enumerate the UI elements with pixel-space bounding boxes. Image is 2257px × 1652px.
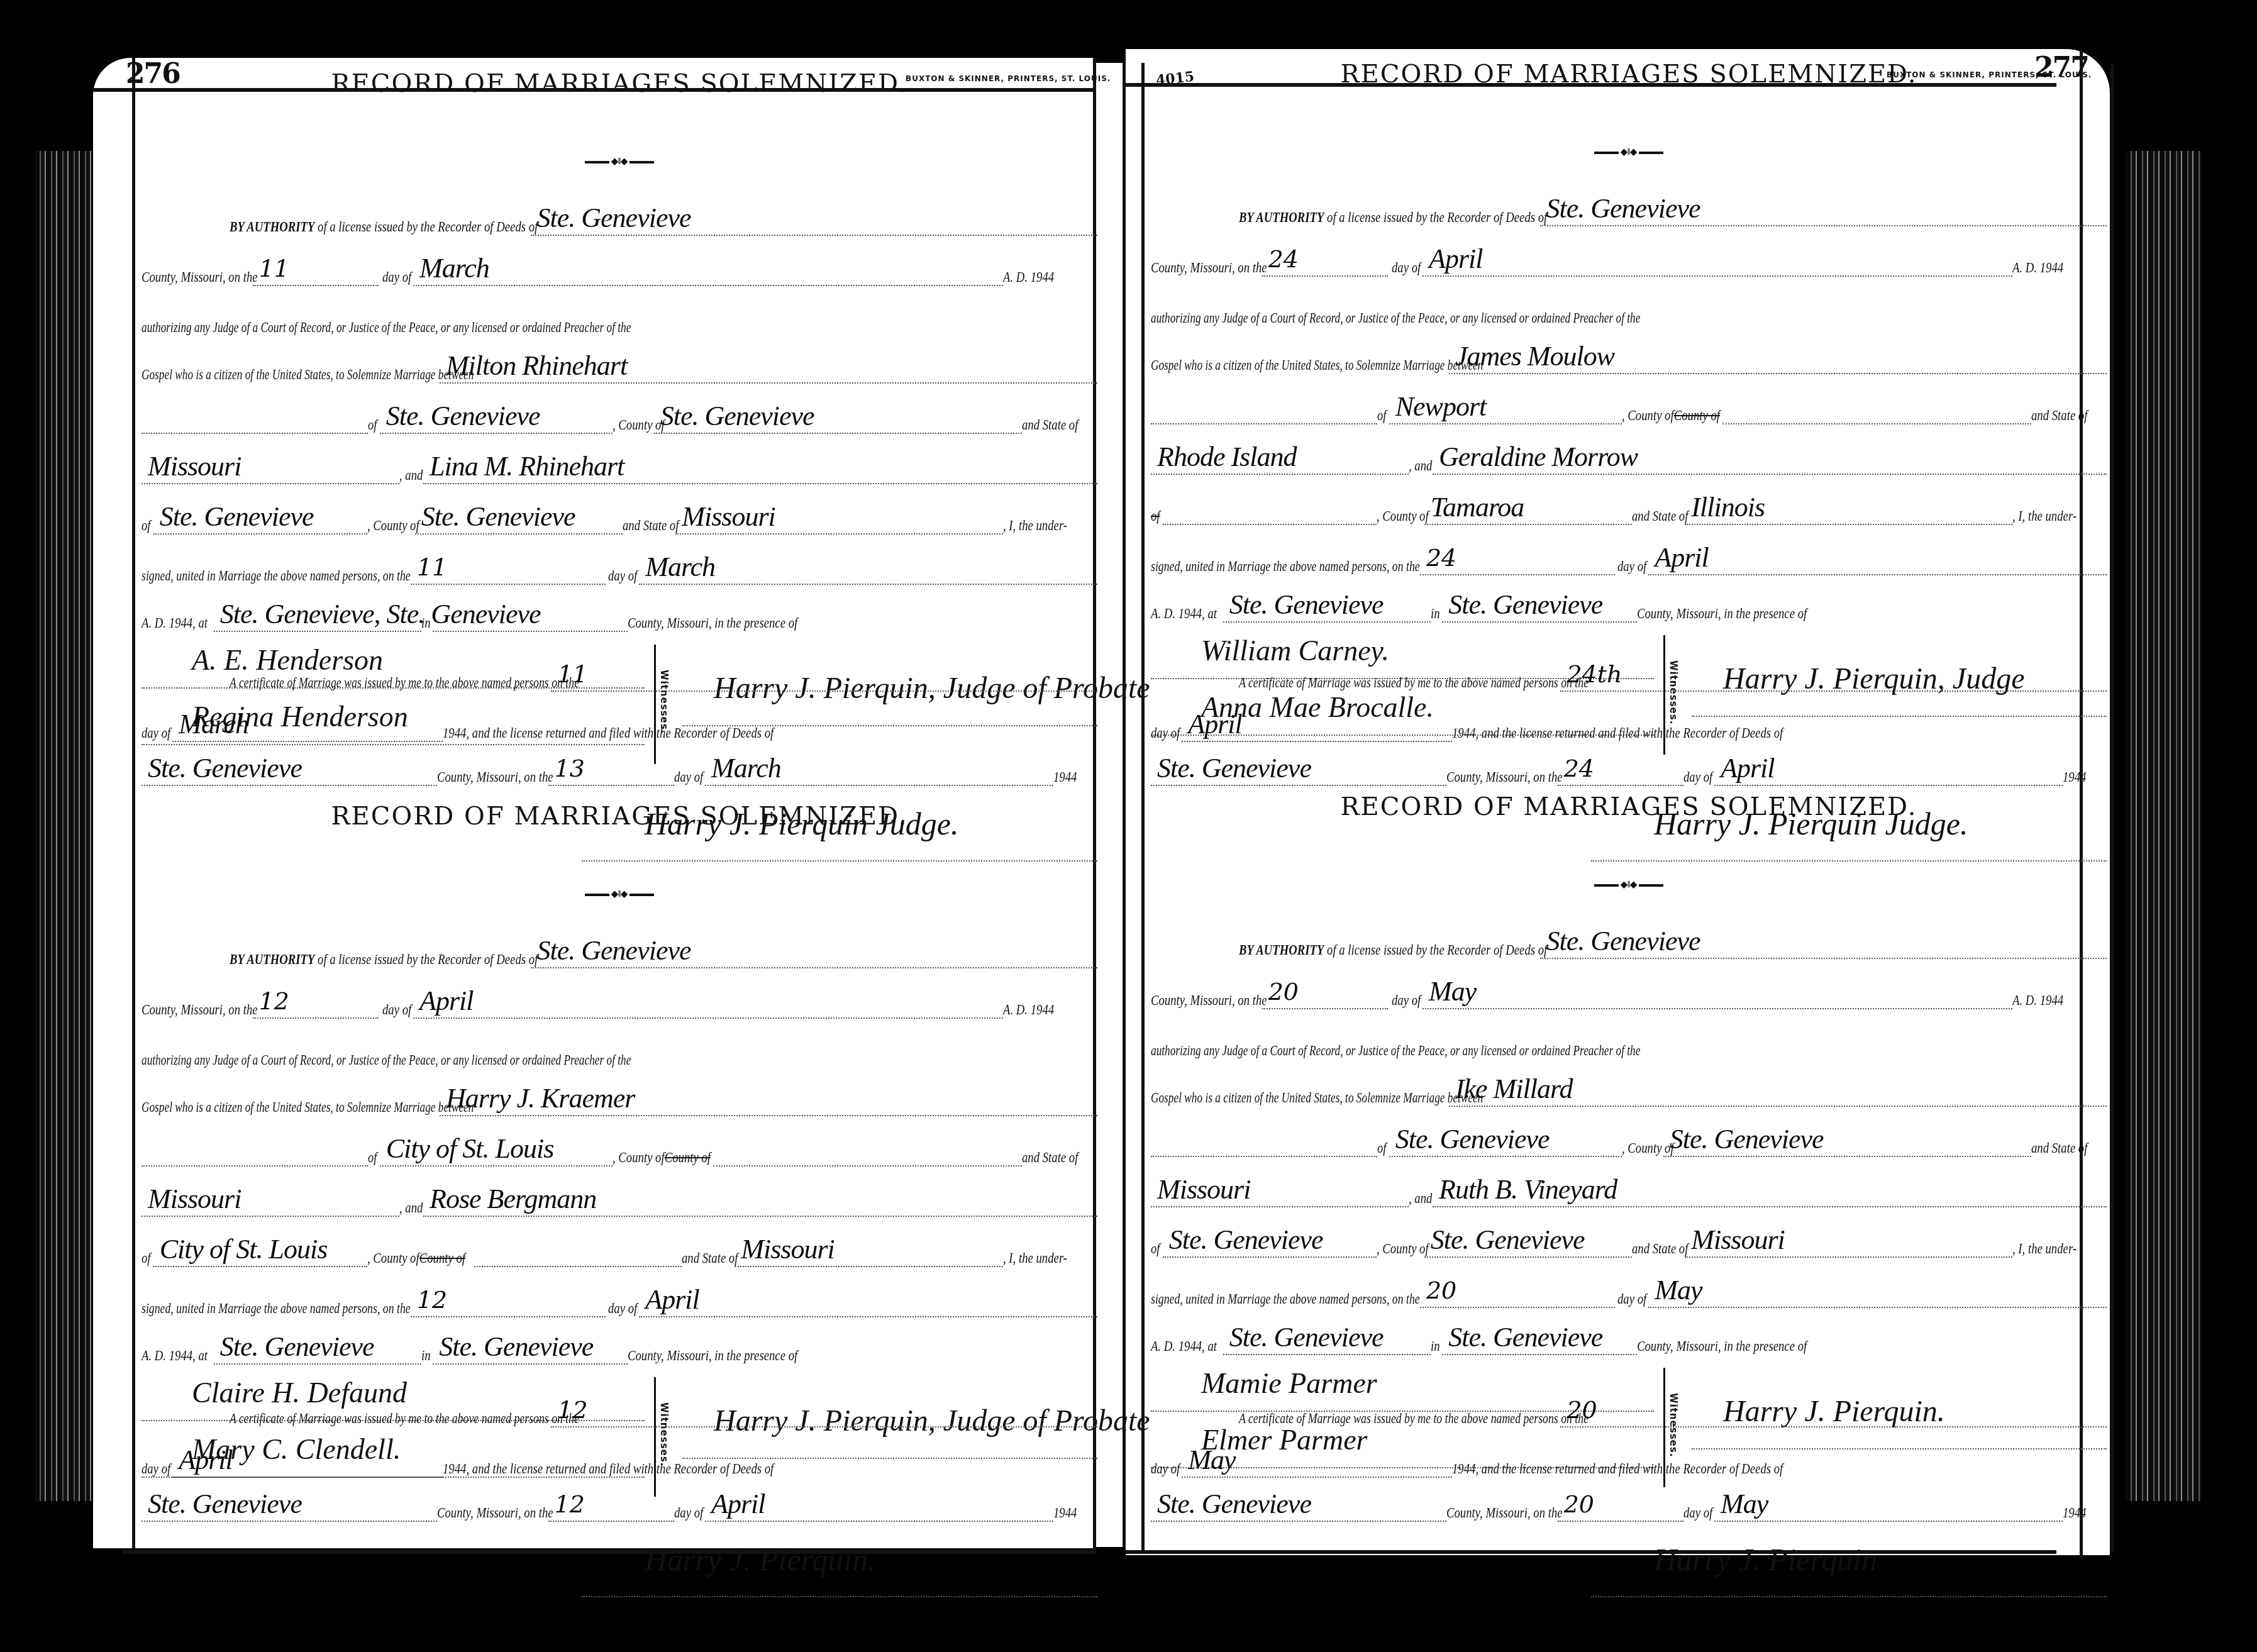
groom-county-field: Ste. Genevieve [654, 400, 1022, 434]
license-day-field: 12 [253, 985, 379, 1019]
married-place-line: A. D. 1944, at Ste. Genevieve, Ste. Gene… [141, 594, 1097, 632]
struck-county-of: County of [664, 1150, 710, 1166]
bride-line: Missouri , and Rose Bergmann [141, 1179, 1097, 1217]
license-date-line: County, Missouri, on the 24 day of April… [1151, 239, 2107, 277]
bride-name-field: Geraldine Morrow [1433, 441, 2107, 475]
cert-month-field: March [172, 708, 443, 742]
filed-month-field: May [1714, 1488, 2063, 1522]
married-at-field: Ste. Genevieve [1223, 589, 1431, 623]
married-day-field: 24 [1420, 541, 1615, 575]
authorizing-line: authorizing any Judge of a Court of Reco… [141, 1031, 1097, 1069]
married-place-line: A. D. 1944, at Ste. Genevieve in Ste. Ge… [141, 1327, 1097, 1365]
married-day-field: 11 [411, 551, 606, 585]
license-date-line: County, Missouri, on the 20 day of May A… [1151, 972, 2107, 1009]
license-year: 44 [2051, 260, 2063, 276]
record-title: RECORD OF MARRIAGES SOLEMNIZED. [1151, 60, 2107, 89]
license-day-field: 20 [1262, 975, 1388, 1009]
authority-line: BY AUTHORITY of a license issued by the … [1151, 189, 2107, 226]
groom-state-field: Missouri [141, 450, 399, 484]
married-in-field: Ste. Genevieve [1442, 1321, 1637, 1355]
married-day-field: 20 [1420, 1274, 1615, 1308]
certificate-line: A certificate of Marriage was issued by … [141, 1390, 1097, 1427]
bride-residence-line: of City of St. Louis , County ofCounty o… [141, 1229, 1097, 1267]
license-day-field: 11 [253, 252, 379, 286]
record-title: RECORD OF MARRIAGES SOLEMNIZED. [1151, 792, 2107, 821]
groom-state-field: Missouri [1151, 1173, 1409, 1207]
right-edge-line [2110, 63, 2114, 1553]
right-page-edges [2126, 151, 2201, 1501]
gospel-line: Gospel who is a citizen of the United St… [1151, 336, 2107, 374]
married-month-field: May [1648, 1274, 2107, 1308]
groom-of-field: Newport [1389, 391, 1622, 424]
bride-residence-line: of Ste. Genevieve , County of Ste. Genev… [1151, 1220, 2107, 1258]
license-day-field: 24 [1262, 243, 1388, 277]
struck-county-of: County of [1673, 407, 1719, 424]
gospel-line: Gospel who is a citizen of the United St… [141, 346, 1097, 384]
groom-residence-line: of Ste. Genevieve , County of Ste. Genev… [141, 396, 1097, 434]
married-month-field: March [639, 551, 1097, 585]
bride-state-field: Missouri [735, 1233, 1003, 1267]
authority-line: BY AUTHORITY of a license issued by the … [1151, 921, 2107, 959]
record-title: RECORD OF MARRIAGES SOLEMNIZED. [141, 69, 1097, 98]
groom-county-field [1722, 391, 2031, 424]
groom-county-field [713, 1133, 1022, 1167]
license-month-field: April [1422, 243, 2012, 277]
cert-month-field: April [172, 1444, 443, 1478]
groom-name-field: Harry J. Kraemer [440, 1082, 1097, 1116]
license-returned-line: day of March 1944, and the license retur… [141, 704, 1097, 742]
certificate-line: A certificate of Marriage was issued by … [1151, 1390, 2107, 1427]
authorizing-line: authorizing any Judge of a Court of Reco… [1151, 289, 2107, 327]
judge-signature: Harry J. Pierquin. [582, 1528, 1097, 1597]
cert-day-field: 12 [551, 1394, 1097, 1427]
ornament-divider: ◆‖◆ [585, 160, 654, 164]
license-returned-line: day of May 1944, and the license returne… [1151, 1440, 2107, 1478]
groom-name-field: Ike Millard [1449, 1073, 2107, 1107]
bride-residence-line: of Ste. Genevieve , County of Ste. Genev… [141, 497, 1097, 535]
bride-name-field: Lina M. Rhinehart [423, 450, 1097, 484]
married-at-field: Ste. Genevieve, Ste. Genevieve [214, 598, 421, 632]
groom-name-field: Milton Rhinehart [440, 350, 1097, 384]
authorizing-line: authorizing any Judge of a Court of Reco… [1151, 1022, 2107, 1060]
struck-county-of: County of [419, 1250, 465, 1267]
record-title: RECORD OF MARRIAGES SOLEMNIZED. [141, 802, 1097, 831]
certificate-line: A certificate of Marriage was issued by … [1151, 654, 2107, 692]
license-month-field: April [413, 985, 1003, 1019]
left-page-edges [35, 151, 91, 1501]
cert-month-field: May [1182, 1444, 1452, 1478]
groom-state-field: Rhode Island [1151, 441, 1409, 475]
bride-residence-line: of , County of Tamaroa and State of Illi… [1151, 487, 2107, 525]
cert-day-field: 24th [1560, 658, 2107, 692]
certificate-record-2: A certificate of Marriage was issued by … [141, 1390, 1097, 1641]
married-date-line: signed, united in Marriage the above nam… [141, 1280, 1097, 1317]
groom-residence-line: of Ste. Genevieve , County of Ste. Genev… [1151, 1119, 2107, 1157]
marriage-record-4: RECORD OF MARRIAGES SOLEMNIZED. ◆‖◆ BY A… [1151, 767, 2107, 1490]
right-gutter-line [1141, 63, 1145, 1553]
recorder-county-field: Ste. Genevieve [1540, 192, 2107, 226]
bride-county-field: Ste. Genevieve [1424, 1224, 1632, 1258]
license-month-field: May [1422, 975, 2012, 1009]
bride-line: Missouri , and Ruth B. Vineyard [1151, 1170, 2107, 1207]
license-year: 44 [2051, 992, 2063, 1009]
filed-county-field: Ste. Genevieve [1151, 1488, 1446, 1522]
bride-name-field: Ruth B. Vineyard [1433, 1173, 2107, 1207]
authority-line: BY AUTHORITY of a license issued by the … [141, 198, 1097, 236]
groom-residence-line: of Newport , County ofCounty of and Stat… [1151, 387, 2107, 424]
groom-of-field: Ste. Genevieve [380, 400, 613, 434]
married-year: 44 [180, 1348, 192, 1364]
bride-of-field [1163, 491, 1377, 525]
married-at-field: Ste. Genevieve [214, 1331, 421, 1365]
married-date-line: signed, united in Marriage the above nam… [141, 547, 1097, 585]
cert-year: 44 [455, 1461, 467, 1477]
authority-line: BY AUTHORITY of a license issued by the … [141, 931, 1097, 968]
marriage-record-3: RECORD OF MARRIAGES SOLEMNIZED. ◆‖◆ BY A… [1151, 35, 2107, 758]
bride-state-field: Missouri [1685, 1224, 2012, 1258]
license-returned-line: day of April 1944, and the license retur… [1151, 704, 2107, 742]
married-in-field [433, 598, 628, 632]
cert-day-field: 20 [1560, 1394, 2107, 1427]
bride-of-field: Ste. Genevieve [1163, 1224, 1377, 1258]
ornament-divider: ◆‖◆ [1594, 151, 1663, 155]
married-year: 44 [1190, 1338, 1202, 1355]
bride-state-field: Missouri [675, 501, 1003, 535]
filed-line: Ste. Genevieve County, Missouri, on the … [1151, 1484, 2107, 1522]
married-day-field: 12 [411, 1283, 606, 1317]
recorder-county-field: Ste. Genevieve [531, 934, 1097, 968]
bride-county-field: Tamaroa [1424, 491, 1632, 525]
groom-county-field: Ste. Genevieve [1663, 1123, 2031, 1157]
groom-state-field: Missouri [141, 1183, 399, 1217]
filed-month-field: April [705, 1488, 1053, 1522]
filed-county-field: Ste. Genevieve [141, 1488, 437, 1522]
filed-year: 44 [2075, 1505, 2087, 1521]
married-in-field: Ste. Genevieve [433, 1331, 628, 1365]
married-date-line: signed, united in Marriage the above nam… [1151, 538, 2107, 575]
bride-line: Missouri , and Lina M. Rhinehart [141, 446, 1097, 484]
ornament-divider: ◆‖◆ [585, 893, 654, 897]
married-place-line: A. D. 1944, at Ste. Genevieve in Ste. Ge… [1151, 585, 2107, 623]
bride-county-field [474, 1233, 682, 1267]
certificate-line: A certificate of Marriage was issued by … [141, 654, 1097, 692]
license-year: 44 [1042, 1002, 1054, 1018]
bride-of-field: City of St. Louis [153, 1233, 367, 1267]
license-returned-line: day of April 1944, and the license retur… [141, 1440, 1097, 1478]
bride-of-field: Ste. Genevieve [153, 501, 367, 535]
cert-month-field: April [1182, 708, 1452, 742]
ornament-divider: ◆‖◆ [1594, 884, 1663, 887]
spine [1094, 63, 1132, 1547]
married-at-field: Ste. Genevieve [1223, 1321, 1431, 1355]
gospel-line: Gospel who is a citizen of the United St… [141, 1078, 1097, 1116]
cert-day-field: 11 [551, 658, 1097, 692]
certificate-record-4: A certificate of Marriage was issued by … [1151, 1390, 2107, 1641]
married-place-line: A. D. 1944, at Ste. Genevieve in Ste. Ge… [1151, 1317, 2107, 1355]
license-month-field: March [413, 252, 1003, 286]
cert-year: 44 [455, 725, 467, 741]
married-month-field: April [1648, 541, 2107, 575]
filed-year: 44 [1065, 1505, 1077, 1521]
judge-signature: Harry J. Pierquin [1591, 1528, 2107, 1597]
authorizing-line: authorizing any Judge of a Court of Reco… [141, 299, 1097, 336]
cert-year: 44 [1464, 725, 1476, 741]
gospel-line: Gospel who is a citizen of the United St… [1151, 1069, 2107, 1107]
married-date-line: signed, united in Marriage the above nam… [1151, 1270, 2107, 1308]
married-in-field: Ste. Genevieve [1442, 589, 1637, 623]
recorder-county-field: Ste. Genevieve [1540, 925, 2107, 959]
license-year: 44 [1042, 269, 1054, 285]
bride-state-field: Illinois [1685, 491, 2012, 525]
groom-name-field: James Moulow [1449, 340, 2107, 374]
groom-residence-line: of City of St. Louis , County ofCounty o… [141, 1129, 1097, 1167]
license-date-line: County, Missouri, on the 12 day of April… [141, 981, 1097, 1019]
groom-of-field: Ste. Genevieve [1389, 1123, 1622, 1157]
bride-line: Rhode Island , and Geraldine Morrow [1151, 437, 2107, 475]
left-margin-line [132, 58, 135, 1548]
bride-name-field: Rose Bergmann [423, 1183, 1097, 1217]
filed-day-field: 20 [1558, 1488, 1683, 1522]
groom-of-field: City of St. Louis [380, 1133, 613, 1167]
married-year: 44 [1190, 606, 1202, 622]
married-month-field: April [639, 1283, 1097, 1317]
filed-day-field: 12 [548, 1488, 674, 1522]
filed-line: Ste. Genevieve County, Missouri, on the … [141, 1484, 1097, 1522]
cert-year: 44 [1464, 1461, 1476, 1477]
license-date-line: County, Missouri, on the 11 day of March… [141, 248, 1097, 286]
bride-county-field: Ste. Genevieve [415, 501, 623, 535]
spine-center-line [1123, 63, 1126, 1547]
married-year: 44 [180, 615, 192, 631]
recorder-county-field: Ste. Genevieve [531, 202, 1097, 236]
